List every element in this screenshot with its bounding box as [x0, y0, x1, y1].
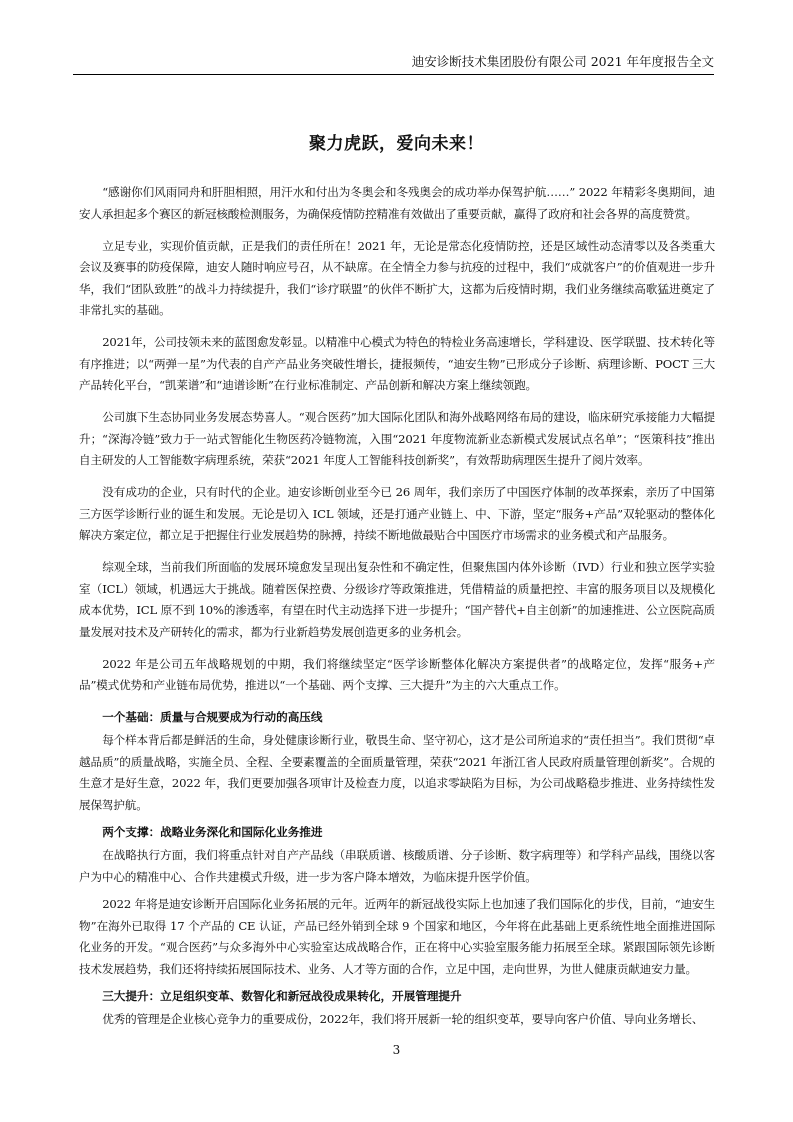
- paragraph: “感谢你们风雨同舟和肝胆相照，用汗水和付出为冬奥会和冬残奥会的成功举办保驾护航……: [79, 182, 715, 225]
- running-header: 迪安诊断技术集团股份有限公司 2021 年年度报告全文: [73, 56, 714, 75]
- page-title: 聚力虎跃，爱向未来！: [0, 129, 793, 154]
- section-heading-foundation: 一个基础：质量与合规要成为行动的高压线: [79, 707, 715, 728]
- page-number: 3: [0, 1043, 793, 1057]
- section-heading-improvements: 三大提升：立足组织变革、数智化和新冠战役成果转化，开展管理提升: [79, 986, 715, 1007]
- paragraph: 综观全球，当前我们所面临的发展环境愈发呈现出复杂性和不确定性，但聚焦国内体外诊断…: [79, 557, 715, 643]
- header-text: 迪安诊断技术集团股份有限公司 2021 年年度报告全文: [412, 54, 714, 69]
- paragraph: 优秀的管理是企业核心竞争力的重要成份，2022年，我们将开展新一轮的组织变革，要…: [79, 1009, 715, 1031]
- document-body: “感谢你们风雨同舟和肝胆相照，用汗水和付出为冬奥会和冬残奥会的成功举办保驾护航……: [79, 182, 715, 1037]
- paragraph: 公司旗下生态协同业务发展态势喜人。“观合医药”加大国际化团队和海外战略网络布局的…: [79, 407, 715, 472]
- paragraph: 没有成功的企业，只有时代的企业。迪安诊断创业至今已 26 周年，我们亲历了中国医…: [79, 482, 715, 547]
- paragraph: 2022 年将是迪安诊断开启国际化业务拓展的元年。近两年的新冠战役实际上也加速了…: [79, 894, 715, 980]
- paragraph: 在战略执行方面，我们将重点针对自产产品线（串联质谱、核酸质谱、分子诊断、数字病理…: [79, 845, 715, 888]
- paragraph: 每个样本背后都是鲜活的生命，身处健康诊断行业，敬畏生命、坚守初心，这才是公司所追…: [79, 730, 715, 816]
- paragraph: 立足专业，实现价值贡献，正是我们的责任所在！2021 年，无论是常态化疫情防控，…: [79, 236, 715, 322]
- paragraph: 2022 年是公司五年战略规划的中期，我们将继续坚定“医学诊断整体化解决方案提供…: [79, 654, 715, 697]
- section-heading-supports: 两个支撑：战略业务深化和国际化业务推进: [79, 822, 715, 843]
- paragraph: 2021年，公司技领未来的蓝图愈发彰显。以精准中心模式为特色的特检业务高速增长，…: [79, 332, 715, 397]
